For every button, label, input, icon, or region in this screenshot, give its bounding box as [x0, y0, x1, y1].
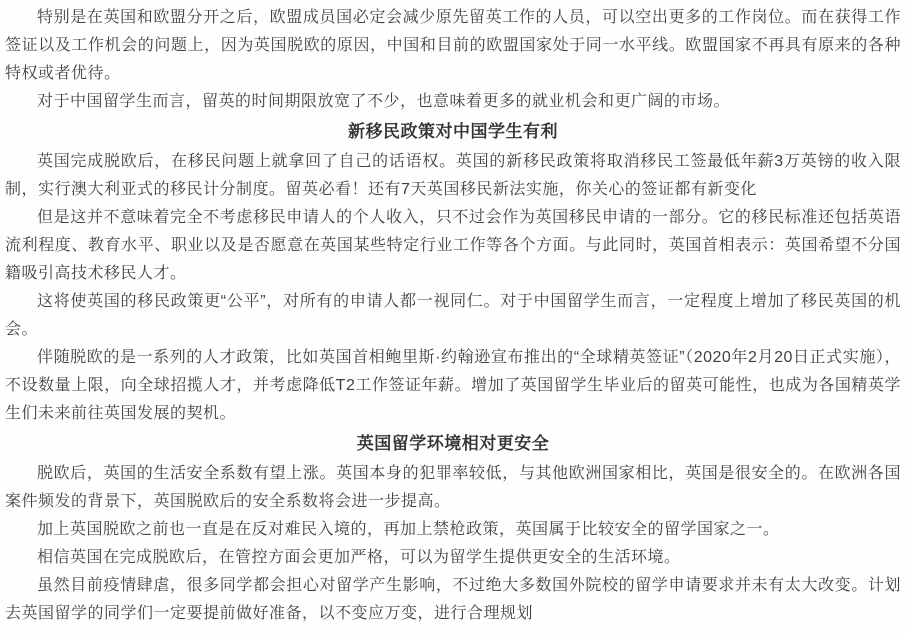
paragraph-gun-ban-refugee-policy: 加上英国脱欧之前也一直是在反对难民入境的，再加上禁枪政策，英国属于比较安全的留学… — [5, 516, 901, 544]
paragraph-extended-stay-period: 对于中国留学生而言，留英的时间期限放宽了不少，也意味着更多的就业机会和更广阔的市… — [5, 88, 901, 116]
section-heading-safer-study-environment: 英国留学环境相对更安全 — [5, 428, 901, 460]
paragraph-pandemic-planning-advice: 虽然目前疫情肆虐，很多同学都会担心对留学产生影响，不过绝大多数国外院校的留学申请… — [5, 572, 901, 628]
paragraph-immigration-criteria: 但是这并不意味着完全不考虑移民申请人的个人收入，只不过会作为英国移民申请的一部分… — [5, 204, 901, 288]
paragraph-salary-limit-removed: 英国完成脱欧后，在移民问题上就拿回了自己的话语权。英国的新移民政策将取消移民工签… — [5, 148, 901, 204]
paragraph-stricter-control: 相信英国在完成脱欧后，在管控方面会更加严格，可以为留学生提供更安全的生活环境。 — [5, 544, 901, 572]
paragraph-fairer-policy: 这将使英国的移民政策更“公平”，对所有的申请人都一视同仁。对于中国留学生而言，一… — [5, 288, 901, 344]
paragraph-global-talent-visa: 伴随脱欧的是一系列的人才政策，比如英国首相鲍里斯·约翰逊宣布推出的“全球精英签证… — [5, 344, 901, 428]
paragraph-safety-index-rising: 脱欧后，英国的生活安全系数有望上涨。英国本身的犯罪率较低，与其他欧洲国家相比，英… — [5, 460, 901, 516]
article-page: 特别是在英国和欧盟分开之后，欧盟成员国必定会减少原先留英工作的人员，可以空出更多… — [0, 0, 906, 634]
paragraph-brexit-job-openings: 特别是在英国和欧盟分开之后，欧盟成员国必定会减少原先留英工作的人员，可以空出更多… — [5, 4, 901, 88]
section-heading-new-immigration-policy: 新移民政策对中国学生有利 — [5, 116, 901, 148]
